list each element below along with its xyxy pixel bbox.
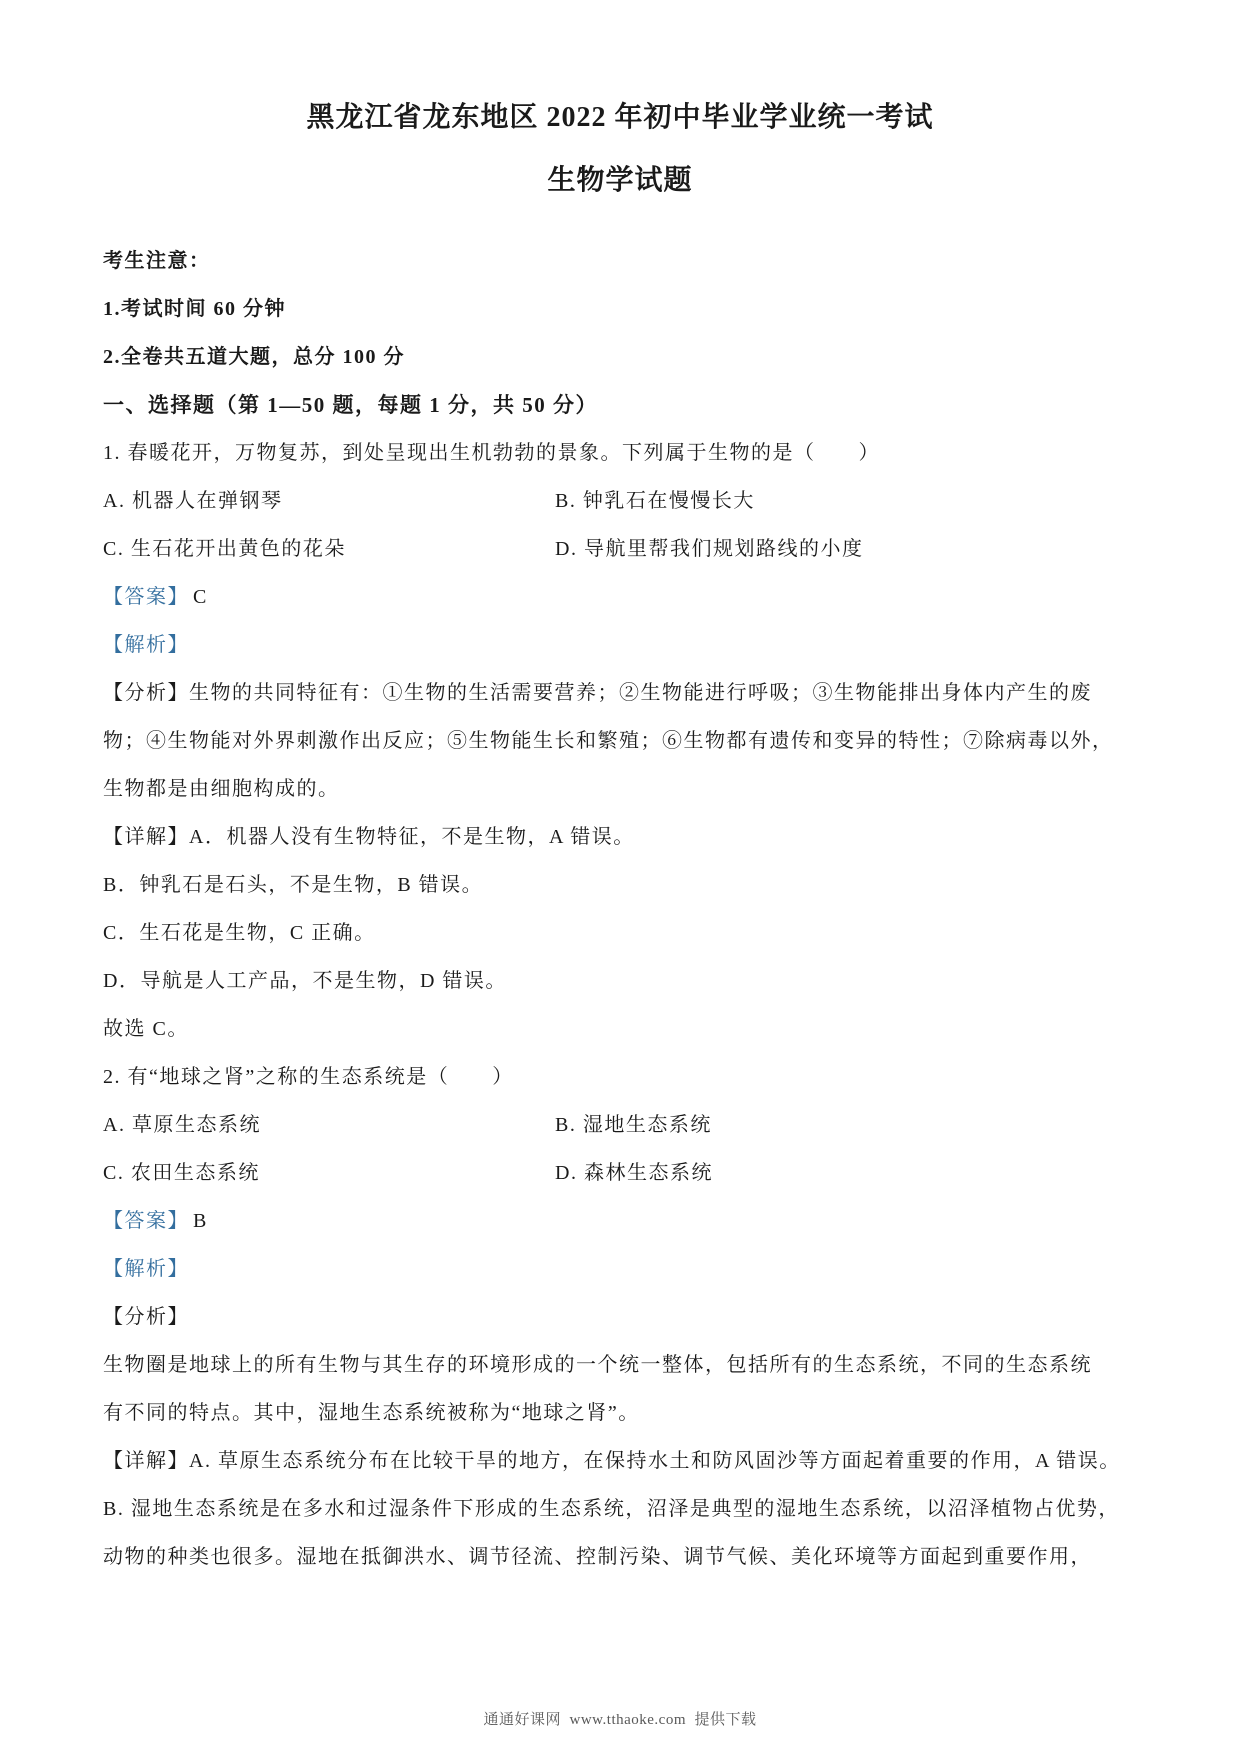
q2-detail-line-1: 【详解】A. 草原生态系统分布在比较干旱的地方，在保持水土和防风固沙等方面起着重… bbox=[103, 1437, 1137, 1485]
notice-heading: 考生注意： bbox=[103, 237, 1137, 285]
q1-option-c: C. 生石花开出黄色的花朵 bbox=[103, 525, 555, 573]
q1-stem: 1. 春暖花开，万物复苏，到处呈现出生机勃勃的景象。下列属于生物的是（ ） bbox=[103, 429, 1137, 477]
q2-answer-label: 【答案】 bbox=[103, 1210, 189, 1232]
exam-title: 黑龙江省龙东地区 2022 年初中毕业学业统一考试 bbox=[103, 98, 1137, 138]
q2-answer-value: B bbox=[189, 1210, 208, 1232]
notice-item-1: 1.考试时间 60 分钟 bbox=[103, 285, 1137, 333]
q1-jiexi-label: 【解析】 bbox=[103, 634, 189, 656]
document-content: 黑龙江省龙东地区 2022 年初中毕业学业统一考试 生物学试题 考生注意： 1.… bbox=[0, 0, 1240, 1581]
q2-option-a: A. 草原生态系统 bbox=[103, 1101, 555, 1149]
q2-options-row-1: A. 草原生态系统 B. 湿地生态系统 bbox=[103, 1101, 1137, 1149]
q1-detail-line-3: C．生石花是生物，C 正确。 bbox=[103, 909, 1137, 957]
q2-jiexi-label: 【解析】 bbox=[103, 1258, 189, 1280]
q1-answer-line: 【答案】C bbox=[103, 573, 1137, 621]
document-body: 考生注意： 1.考试时间 60 分钟 2.全卷共五道大题，总分 100 分 一、… bbox=[103, 237, 1137, 1581]
footer-watermark: 通通好课网 www.tthaoke.com 提供下载 bbox=[0, 1708, 1240, 1729]
q1-detail-line-2: B．钟乳石是石头，不是生物，B 错误。 bbox=[103, 861, 1137, 909]
q1-option-a: A. 机器人在弹钢琴 bbox=[103, 477, 555, 525]
q2-option-c: C. 农田生态系统 bbox=[103, 1149, 555, 1197]
q1-analysis-line-1: 【分析】生物的共同特征有：①生物的生活需要营养；②生物能进行呼吸；③生物能排出身… bbox=[103, 669, 1137, 717]
q1-analysis-line-3: 生物都是由细胞构成的。 bbox=[103, 765, 1137, 813]
q1-conclusion: 故选 C。 bbox=[103, 1005, 1137, 1053]
q1-analysis-line-2: 物；④生物能对外界刺激作出反应；⑤生物能生长和繁殖；⑥生物都有遗传和变异的特性；… bbox=[103, 717, 1137, 765]
q2-stem: 2. 有“地球之肾”之称的生态系统是（ ） bbox=[103, 1053, 1137, 1101]
exam-subtitle: 生物学试题 bbox=[103, 161, 1137, 201]
section-1-heading: 一、选择题（第 1—50 题，每题 1 分，共 50 分） bbox=[103, 381, 1137, 429]
q1-jiexi-line: 【解析】 bbox=[103, 621, 1137, 669]
q2-option-d: D. 森林生态系统 bbox=[555, 1149, 1137, 1197]
q2-option-b: B. 湿地生态系统 bbox=[555, 1101, 1137, 1149]
q1-detail-line-1: 【详解】A．机器人没有生物特征，不是生物，A 错误。 bbox=[103, 813, 1137, 861]
q1-options-row-2: C. 生石花开出黄色的花朵 D. 导航里帮我们规划路线的小度 bbox=[103, 525, 1137, 573]
q2-analysis-line-2: 有不同的特点。其中，湿地生态系统被称为“地球之肾”。 bbox=[103, 1389, 1137, 1437]
q1-answer-label: 【答案】 bbox=[103, 586, 189, 608]
q2-analysis-label: 【分析】 bbox=[103, 1293, 1137, 1341]
q1-option-d: D. 导航里帮我们规划路线的小度 bbox=[555, 525, 1137, 573]
q1-option-b: B. 钟乳石在慢慢长大 bbox=[555, 477, 1137, 525]
q2-options-row-2: C. 农田生态系统 D. 森林生态系统 bbox=[103, 1149, 1137, 1197]
q1-options-row-1: A. 机器人在弹钢琴 B. 钟乳石在慢慢长大 bbox=[103, 477, 1137, 525]
q2-detail-line-2: B. 湿地生态系统是在多水和过湿条件下形成的生态系统，沼泽是典型的湿地生态系统，… bbox=[103, 1485, 1137, 1533]
q1-detail-line-4: D．导航是人工产品，不是生物，D 错误。 bbox=[103, 957, 1137, 1005]
q1-answer-value: C bbox=[189, 586, 208, 608]
q2-analysis-line-1: 生物圈是地球上的所有生物与其生存的环境形成的一个统一整体，包括所有的生态系统，不… bbox=[103, 1341, 1137, 1389]
q2-detail-line-3: 动物的种类也很多。湿地在抵御洪水、调节径流、控制污染、调节气候、美化环境等方面起… bbox=[103, 1533, 1137, 1581]
exam-document-page: 黑龙江省龙东地区 2022 年初中毕业学业统一考试 生物学试题 考生注意： 1.… bbox=[0, 0, 1240, 1754]
notice-item-2: 2.全卷共五道大题，总分 100 分 bbox=[103, 333, 1137, 381]
q2-answer-line: 【答案】B bbox=[103, 1197, 1137, 1245]
q2-jiexi-line: 【解析】 bbox=[103, 1245, 1137, 1293]
